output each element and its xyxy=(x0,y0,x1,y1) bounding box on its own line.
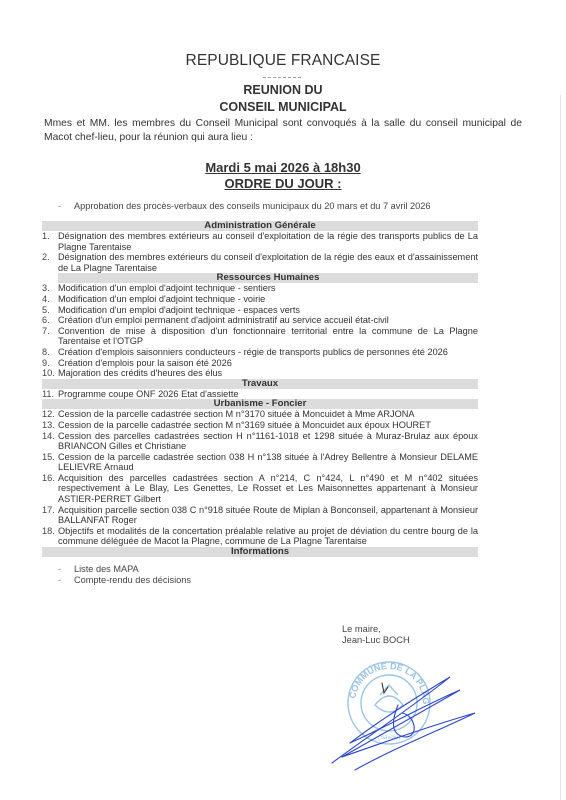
agenda-item-number: 4. xyxy=(42,294,58,305)
agenda-item: 12.Cession de la parcelle cadastrée sect… xyxy=(42,409,478,420)
section-header: Administration Générale xyxy=(42,221,478,231)
agenda-item-number: 18. xyxy=(42,526,58,547)
agenda-item: 13.Cession de la parcelle cadastrée sect… xyxy=(42,420,478,431)
agenda-item-number: 14. xyxy=(42,431,58,452)
agenda-item: 1.Désignation des membres extérieurs au … xyxy=(42,231,478,252)
agenda-item-text: Désignation des membres extérieurs du co… xyxy=(58,252,478,273)
agenda-item-number: 9. xyxy=(42,358,58,369)
agenda-item-number: 5. xyxy=(42,305,58,316)
agenda-item-text: Création d'emplois saisonniers conducteu… xyxy=(58,347,478,358)
municipal-stamp-and-signature: COMMUNE DE LA PLAGNE (Savoie) xyxy=(320,645,490,775)
agenda-item: 15.Cession de la parcelle cadastrée sect… xyxy=(42,452,478,473)
section-header: Travaux xyxy=(42,379,478,389)
agenda-item-text: Création d'un emploi permanent d'adjoint… xyxy=(58,315,478,326)
agenda-item-text: Cession des parcelles cadastrées section… xyxy=(58,431,478,452)
informations-list: - Liste des MAPA - Compte-rendu des déci… xyxy=(58,564,191,586)
agenda-item-text: Désignation des membres extérieurs au co… xyxy=(58,231,478,252)
agenda-item-number: 3. xyxy=(42,283,58,294)
agenda-item: 2.Désignation des membres extérieurs du … xyxy=(42,252,478,273)
information-text: Compte-rendu des décisions xyxy=(74,575,191,586)
agenda-item-number: 12. xyxy=(42,409,58,420)
preliminary-text: Approbation des procès-verbaux des conse… xyxy=(74,200,430,212)
information-item: - Compte-rendu des décisions xyxy=(58,575,191,586)
stamp-text: COMMUNE DE LA PLAGNE xyxy=(320,645,431,705)
agenda-item-text: Objectifs et modalités de la concertatio… xyxy=(58,526,478,547)
agenda-item-number: 10. xyxy=(42,368,58,379)
agenda-item-number: 17. xyxy=(42,505,58,526)
section-header: Urbanisme - Foncier xyxy=(42,399,478,409)
agenda-item: 18.Objectifs et modalités de la concerta… xyxy=(42,526,478,547)
agenda-item-number: 11. xyxy=(42,389,58,400)
meeting-heading-line2: CONSEIL MUNICIPAL xyxy=(0,99,566,116)
agenda-item-number: 2. xyxy=(42,252,58,273)
convocation-intro: Mmes et MM. les membres du Conseil Munic… xyxy=(44,117,522,144)
agenda-item: 6.Création d'un emploi permanent d'adjoi… xyxy=(42,315,478,326)
section-header: Ressources Humaines xyxy=(58,273,478,283)
agenda-item-text: Modification d'un emploi d'adjoint techn… xyxy=(58,294,478,305)
agenda-item-number: 13. xyxy=(42,420,58,431)
signature-block: Le maire, Jean-Luc BOCH xyxy=(342,624,410,646)
agenda-item-text: Acquisition parcelle section 038 C n°918… xyxy=(58,505,478,526)
republic-heading: REPUBLIQUE FRANCAISE xyxy=(0,52,566,70)
meeting-date: Mardi 5 mai 2026 à 18h30 xyxy=(205,160,360,175)
agenda-item: 16.Acquisition des parcelles cadastrées … xyxy=(42,473,478,505)
preliminary-list: - Approbation des procès-verbaux des con… xyxy=(58,200,430,212)
information-text: Liste des MAPA xyxy=(74,564,139,575)
agenda-item: 7.Convention de mise à disposition d'un … xyxy=(42,326,478,347)
agenda-item-text: Création d'emplois pour la saison été 20… xyxy=(58,358,478,369)
agenda-item: 14.Cession des parcelles cadastrées sect… xyxy=(42,431,478,452)
meeting-date-block: Mardi 5 mai 2026 à 18h30 ORDRE DU JOUR : xyxy=(0,160,566,192)
dash-bullet: - xyxy=(58,564,74,575)
title-separator xyxy=(263,77,301,79)
agenda-item-text: Cession de la parcelle cadastrée section… xyxy=(58,420,478,431)
signatory-role: Le maire, xyxy=(342,624,410,635)
agenda-title: ORDRE DU JOUR : xyxy=(224,176,341,191)
agenda-item-number: 6. xyxy=(42,315,58,326)
agenda-item: 17.Acquisition parcelle section 038 C n°… xyxy=(42,505,478,526)
dash-bullet: - xyxy=(58,200,74,212)
agenda-item-text: Modification d'un emploi d'adjoint techn… xyxy=(58,305,478,316)
agenda-item-text: Acquisition des parcelles cadastrées sec… xyxy=(58,473,478,505)
agenda-item-number: 16. xyxy=(42,473,58,505)
agenda-item-text: Cession de la parcelle cadastrée section… xyxy=(58,409,478,420)
agenda-item-number: 1. xyxy=(42,231,58,252)
agenda-item: 3.Modification d'un emploi d'adjoint tec… xyxy=(42,283,478,294)
dash-bullet: - xyxy=(58,575,74,586)
agenda-item-number: 15. xyxy=(42,452,58,473)
information-item: - Liste des MAPA xyxy=(58,564,191,575)
section-header: Informations xyxy=(42,547,478,557)
agenda-item: 8.Création d'emplois saisonniers conduct… xyxy=(42,347,478,358)
scan-edge xyxy=(560,95,561,800)
agenda-item-text: Cession de la parcelle cadastrée section… xyxy=(58,452,478,473)
meeting-heading-line1: REUNION DU xyxy=(0,82,566,99)
agenda-item: 9.Création d'emplois pour la saison été … xyxy=(42,358,478,369)
agenda-item: 4.Modification d'un emploi d'adjoint tec… xyxy=(42,294,478,305)
preliminary-item: - Approbation des procès-verbaux des con… xyxy=(58,200,430,212)
agenda-item-number: 7. xyxy=(42,326,58,347)
agenda-item-number: 8. xyxy=(42,347,58,358)
agenda-item: 5.Modification d'un emploi d'adjoint tec… xyxy=(42,305,478,316)
agenda-item-text: Modification d'un emploi d'adjoint techn… xyxy=(58,283,478,294)
meeting-heading: REUNION DU CONSEIL MUNICIPAL xyxy=(0,82,566,116)
agenda-item-text: Convention de mise à disposition d'un fo… xyxy=(58,326,478,347)
agenda-list: Administration Générale1.Désignation des… xyxy=(42,221,478,557)
